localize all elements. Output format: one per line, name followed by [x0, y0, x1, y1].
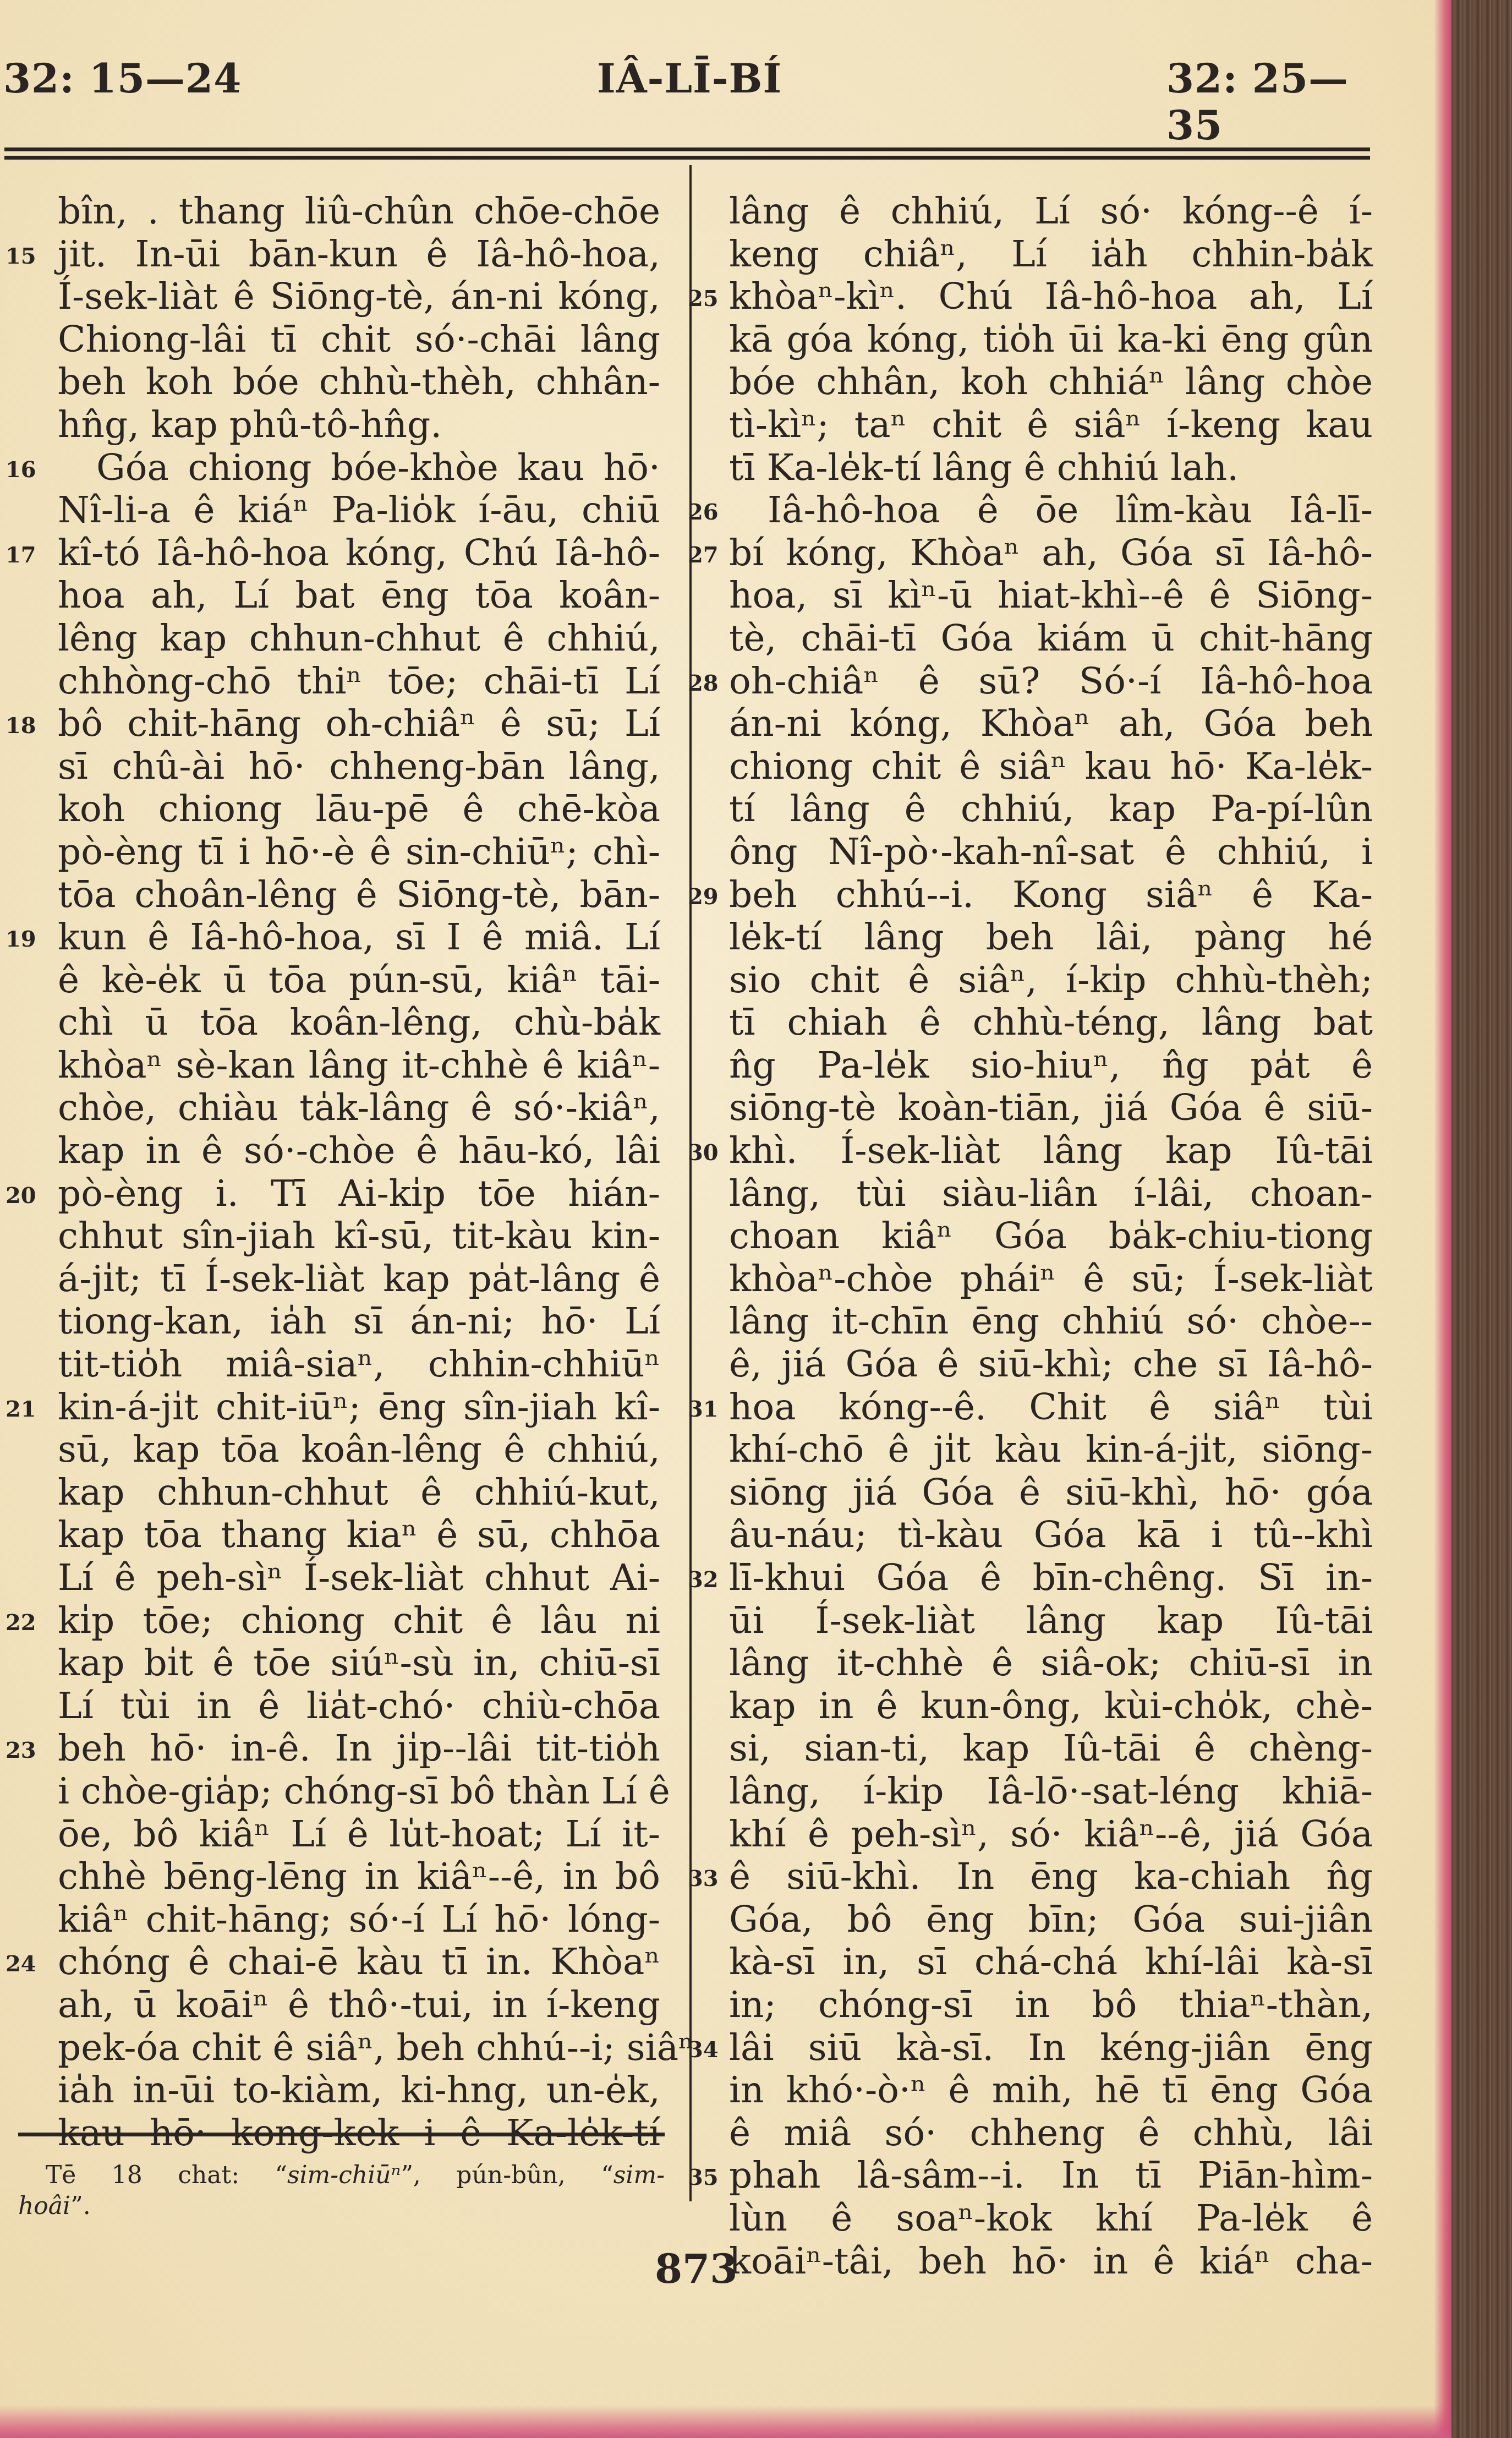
verse-text: phah lâ-sâm--i. In tī Piān-hìm- — [729, 2154, 1373, 2196]
text-line: lâng it-chīn ēng chhiú só· chòe-- — [729, 1300, 1373, 1343]
verse-text: bí kóng, Khòaⁿ ah, Góa sī Iâ-hô- — [729, 532, 1373, 574]
verse-text: á-ji̍t; tī Í-sek-liàt kap pa̍t-lâng ê — [58, 1258, 660, 1300]
verse-number: 29 — [688, 876, 719, 919]
text-line: 30khì. Í-sek-liàt lâng kap Iû-tāi — [729, 1129, 1373, 1172]
verse-text: siōng jiá Góa ê siū-khì, hō· góa — [729, 1471, 1373, 1513]
text-line: le̍k-tí lâng beh lâi, pàng hé — [729, 916, 1373, 959]
verse-text: hoa, sī kìⁿ-ū hiat-khì--ê ê Siōng- — [729, 574, 1373, 616]
text-line: pò-èng tī i hō·-è ê sin-chiūⁿ; chì- — [58, 830, 660, 873]
verse-number: 21 — [6, 1388, 36, 1431]
footnote-line: hoâi”. — [18, 2191, 665, 2222]
verse-text: choan kiâⁿ Góa ba̍k-chiu-tiong — [729, 1215, 1373, 1257]
header-left-reference: 32: 15—24 — [3, 55, 242, 102]
verse-text: ê miâ só· chheng ê chhù, lâi — [729, 2112, 1373, 2154]
header-right-reference: 32: 25—35 — [1166, 55, 1376, 149]
text-line: chiong chit ê siâⁿ kau hō· Ka-le̍k- — [729, 745, 1373, 788]
text-line: 35phah lâ-sâm--i. In tī Piān-hìm- — [729, 2154, 1373, 2197]
text-line: si, sian-ti, kap Iû-tāi ê chèng- — [729, 1727, 1373, 1770]
verse-number: 16 — [6, 449, 36, 491]
verse-text: chhè bēng-lēng in kiâⁿ--ê, in bô — [58, 1855, 660, 1898]
verse-text: ê kè-e̍k ū tōa pún-sū, kiâⁿ tāi- — [58, 959, 660, 1001]
text-line: ông Nî-pò·-kah-nî-sat ê chhiú, i — [729, 830, 1373, 873]
verse-text: beh hō· in-ê. In ji̍p--lâi tit-tio̍h — [58, 1727, 660, 1769]
verse-number: 24 — [6, 1943, 36, 1986]
verse-text: kun ê Iâ-hô-hoa, sī I ê miâ. Lí — [58, 916, 660, 958]
text-line: 31hoa kóng--ê. Chit ê siâⁿ tùi — [729, 1386, 1373, 1429]
verse-text: kap chhun-chhut ê chhiú-kut, — [58, 1471, 660, 1513]
verse-text: beh koh bóe chhù-thèh, chhân- — [58, 360, 660, 403]
text-line: ōe, bô kiâⁿ Lí ê lu̍t-hoat; Lí it- — [58, 1813, 660, 1856]
verse-number: 27 — [688, 534, 719, 577]
text-line: chhè bēng-lēng in kiâⁿ--ê, in bô — [58, 1855, 660, 1898]
verse-text: lâng, tùi siàu-liân í-lâi, choan- — [729, 1172, 1373, 1215]
text-line: kà-sī in, sī chá-chá khí-lâi kà-sī — [729, 1940, 1373, 1983]
text-line: koāiⁿ-tâi, beh hō· in ê kiáⁿ cha- — [729, 2240, 1373, 2283]
verse-text: lâi siū kà-sī. In kéng-jiân ēng — [729, 2026, 1373, 2069]
verse-text: lêng kap chhun-chhut ê chhiú, — [58, 617, 660, 659]
text-line: Chiong-lâi tī chit só·-chāi lâng — [58, 318, 660, 361]
verse-text: tōa choân-lêng ê Siōng-tè, bān- — [58, 873, 660, 916]
verse-text: khí ê peh-sìⁿ, só· kiâⁿ--ê, jiá Góa — [729, 1813, 1373, 1855]
text-line: án-ni kóng, Khòaⁿ ah, Góa beh — [729, 702, 1373, 745]
verse-text: Í-sek-liàt ê Siōng-tè, án-ni kóng, — [58, 275, 660, 318]
text-line: Lí tùi in ê lia̍t-chó· chiù-chōa — [58, 1685, 660, 1728]
verse-number: 26 — [688, 491, 719, 534]
book-spine-edge — [1451, 0, 1512, 2438]
verse-text: kap in ê só·-chòe ê hāu-kó, lâi — [58, 1129, 660, 1172]
verse-text: jit. In-ūi bān-kun ê Iâ-hô-hoa, — [58, 233, 660, 275]
verse-text: pek-óa chit ê siâⁿ, beh chhú--i; siâⁿ — [58, 2026, 694, 2069]
text-line: ê miâ só· chheng ê chhù, lâi — [729, 2112, 1373, 2155]
verse-text: si, sian-ti, kap Iû-tāi ê chèng- — [729, 1727, 1373, 1769]
text-line: 33ê siū-khì. In ēng ka-chiah n̂g — [729, 1855, 1373, 1898]
text-line: khí ê peh-sìⁿ, só· kiâⁿ--ê, jiá Góa — [729, 1813, 1373, 1856]
verse-number: 32 — [688, 1559, 719, 1601]
text-line: koh chiong lāu-pē ê chē-kòa — [58, 788, 660, 830]
verse-number: 22 — [6, 1601, 36, 1644]
text-line: 18bô chit-hāng oh-chiâⁿ ê sū; Lí — [58, 702, 660, 745]
text-line: 22ki̍p tōe; chiong chit ê lâu ni — [58, 1599, 660, 1642]
text-line: kap chhun-chhut ê chhiú-kut, — [58, 1471, 660, 1514]
verse-text: Góa, bô ēng bīn; Góa sui-jiân — [729, 1898, 1373, 1940]
text-line: lêng kap chhun-chhut ê chhiú, — [58, 617, 660, 660]
verse-text: ūi Í-sek-liàt lâng kap Iû-tāi — [729, 1599, 1373, 1642]
text-line: 19kun ê Iâ-hô-hoa, sī I ê miâ. Lí — [58, 916, 660, 959]
verse-text: kà-sī in, sī chá-chá khí-lâi kà-sī — [729, 1940, 1373, 1983]
footnote-text: Tē 18 chat: “ — [46, 2161, 287, 2189]
text-line: beh koh bóe chhù-thèh, chhân- — [58, 360, 660, 403]
verse-text: keng chiâⁿ, Lí ia̍h chhin-ba̍k — [729, 233, 1373, 275]
verse-text: sio chit ê siâⁿ, í-ki̍p chhù-thèh; — [729, 959, 1373, 1001]
text-line: 32lī-khui Góa ê bīn-chêng. Sī in- — [729, 1556, 1373, 1599]
verse-text: oh-chiâⁿ ê sū? Só·-í Iâ-hô-hoa — [729, 660, 1373, 702]
text-line: 24chóng ê chai-ē kàu tī in. Khòaⁿ — [58, 1940, 660, 1983]
verse-text: siōng-tè koàn-tiān, jiá Góa ê siū- — [729, 1086, 1373, 1129]
verse-text: Lí ê peh-sìⁿ Í-sek-liàt chhut Ai- — [58, 1556, 660, 1599]
right-text-column: lâng ê chhiú, Lí só· kóng--ê í-keng chiâ… — [729, 190, 1373, 2282]
text-line: kap in ê kun-ông, kùi-cho̍k, chè- — [729, 1685, 1373, 1728]
text-line: siōng jiá Góa ê siū-khì, hō· góa — [729, 1471, 1373, 1514]
text-line: chòe, chiàu ta̍k-lâng ê só·-kiâⁿ, — [58, 1086, 660, 1129]
verse-text: ōe, bô kiâⁿ Lí ê lu̍t-hoat; Lí it- — [58, 1813, 660, 1855]
verse-text: hoa ah, Lí bat ēng tōa koân- — [58, 574, 660, 616]
verse-text: tì-kìⁿ; taⁿ chit ê siâⁿ í-keng kau — [729, 403, 1373, 446]
verse-text: khòaⁿ-kìⁿ. Chú Iâ-hô-hoa ah, Lí — [729, 275, 1373, 318]
text-line: khòaⁿ sè-kan lâng it-chhè ê kiâⁿ- — [58, 1044, 660, 1087]
verse-text: khì. Í-sek-liàt lâng kap Iû-tāi — [729, 1129, 1373, 1172]
verse-text: i chòe-gia̍p; chóng-sī bô thàn Lí ê — [58, 1770, 670, 1812]
text-line: tè, chāi-tī Góa kiám ū chit-hāng — [729, 617, 1373, 660]
verse-number: 23 — [6, 1729, 36, 1772]
verse-text: tit-tio̍h miâ-siaⁿ, chhin-chhiūⁿ — [58, 1343, 660, 1385]
verse-text: in khó·-ò·ⁿ ê mih, hē tī ēng Góa — [729, 2069, 1373, 2111]
text-line: á-ji̍t; tī Í-sek-liàt kap pa̍t-lâng ê — [58, 1258, 660, 1300]
verse-text: chhut sîn-jiah kî-sū, tit-kàu kin- — [58, 1215, 660, 1257]
verse-text: Góa chiong bóe-khòe kau hō· — [96, 446, 660, 489]
text-line: 23beh hō· in-ê. In ji̍p--lâi tit-tio̍h — [58, 1727, 660, 1770]
text-line: 21kin-á-ji̍t chit-iūⁿ; ēng sîn-jiah kî- — [58, 1386, 660, 1429]
verse-number: 18 — [6, 704, 36, 747]
verse-text: sū, kap tōa koân-lêng ê chhiú, — [58, 1428, 660, 1471]
verse-text: ê, jiá Góa ê siū-khì; che sī Iâ-hô- — [729, 1343, 1373, 1385]
verse-text: hn̂g, kap phû-tô-hn̂g. — [58, 403, 442, 446]
text-line: kap bi̍t ê tōe siúⁿ-sù in, chiū-sī — [58, 1642, 660, 1685]
text-line: Góa, bô ēng bīn; Góa sui-jiân — [729, 1898, 1373, 1941]
text-line: 34lâi siū kà-sī. In kéng-jiân ēng — [729, 2026, 1373, 2069]
verse-text: kap bi̍t ê tōe siúⁿ-sù in, chiū-sī — [58, 1642, 660, 1684]
text-line: 26Iâ-hô-hoa ê ōe lîm-kàu Iâ-lī- — [729, 489, 1373, 532]
text-line: sī chû-ài hō· chheng-bān lâng, — [58, 745, 660, 788]
verse-text: khòaⁿ sè-kan lâng it-chhè ê kiâⁿ- — [58, 1044, 660, 1086]
verse-text: lâng ê chhiú, Lí só· kóng--ê í- — [729, 190, 1373, 232]
verse-text: khí-chō ê ji̍t kàu kin-á-ji̍t, siōng- — [729, 1428, 1373, 1471]
text-line: sio chit ê siâⁿ, í-ki̍p chhù-thèh; — [729, 959, 1373, 1002]
text-line: in; chóng-sī in bô thiaⁿ-thàn, — [729, 1983, 1373, 2026]
footnote-italic-term: sim- — [613, 2161, 665, 2189]
red-bottom-edge — [0, 2405, 1453, 2438]
verse-text: ia̍h in-ūi to-kiàm, ki-hng, un-e̍k, — [58, 2069, 660, 2111]
text-line: choan kiâⁿ Góa ba̍k-chiu-tiong — [729, 1215, 1373, 1258]
text-line: âu-náu; tì-kàu Góa kā i tû--khì — [729, 1513, 1373, 1556]
left-text-column: bîn, . thang liû-chûn chōe-chōe15jit. In… — [58, 190, 660, 2154]
footnote-italic-term: sim-chiūⁿ — [287, 2161, 401, 2189]
verse-text: chì ū tōa koân-lêng, chù-ba̍k — [58, 1001, 660, 1043]
text-line: sū, kap tōa koân-lêng ê chhiú, — [58, 1428, 660, 1471]
text-line: bîn, . thang liû-chûn chōe-chōe — [58, 190, 660, 233]
verse-text: tiong-kan, ia̍h sī án-ni; hō· Lí — [58, 1300, 660, 1342]
verse-number: 34 — [688, 2029, 719, 2071]
verse-number: 20 — [6, 1174, 36, 1217]
verse-text: n̂g Pa-le̍k sio-hiuⁿ, n̂g pa̍t ê — [729, 1044, 1373, 1086]
text-line: bóe chhân, koh chhiáⁿ lâng chòe — [729, 360, 1373, 403]
text-line: 16Góa chiong bóe-khòe kau hō· — [58, 446, 660, 489]
verse-text: Iâ-hô-hoa ê ōe lîm-kàu Iâ-lī- — [768, 489, 1373, 531]
verse-text: bóe chhân, koh chhiáⁿ lâng chòe — [729, 360, 1373, 403]
text-line: tiong-kan, ia̍h sī án-ni; hō· Lí — [58, 1300, 660, 1343]
text-line: Nî-li-a ê kiáⁿ Pa-lio̍k í-āu, chiū — [58, 489, 660, 532]
verse-text: sī chû-ài hō· chheng-bān lâng, — [58, 745, 660, 788]
footnote-italic-term: hoâi — [18, 2192, 70, 2220]
verse-text: hoa kóng--ê. Chit ê siâⁿ tùi — [729, 1386, 1373, 1428]
text-line: keng chiâⁿ, Lí ia̍h chhin-ba̍k — [729, 233, 1373, 276]
footnote: Tē 18 chat: “sim-chiūⁿ”, pún-bûn, “sim- … — [18, 2160, 665, 2222]
verse-text: kin-á-ji̍t chit-iūⁿ; ēng sîn-jiah kî- — [58, 1386, 660, 1428]
verse-text: in; chóng-sī in bô thiaⁿ-thàn, — [729, 1983, 1373, 2026]
text-line: siōng-tè koàn-tiān, jiá Góa ê siū- — [729, 1086, 1373, 1129]
text-line: tì-kìⁿ; taⁿ chit ê siâⁿ í-keng kau — [729, 403, 1373, 446]
verse-text: kap tōa thang kiaⁿ ê sū, chhōa — [58, 1513, 660, 1556]
verse-text: tī Ka-le̍k-tí lâng ê chhiú lah. — [729, 446, 1239, 489]
text-line: kiâⁿ chit-hāng; só·-í Lí hō· lóng- — [58, 1898, 660, 1941]
verse-text: Chiong-lâi tī chit só·-chāi lâng — [58, 318, 660, 360]
verse-text: bô chit-hāng oh-chiâⁿ ê sū; Lí — [58, 702, 660, 745]
verse-number: 28 — [688, 662, 719, 705]
verse-text: lâng, í-ki̍p Iâ-lō·-sat-léng khiā- — [729, 1770, 1373, 1812]
text-line: hn̂g, kap phû-tô-hn̂g. — [58, 403, 660, 446]
text-line: Lí ê peh-sìⁿ Í-sek-liàt chhut Ai- — [58, 1556, 660, 1599]
verse-text: âu-náu; tì-kàu Góa kā i tû--khì — [729, 1513, 1373, 1556]
text-line: ūi Í-sek-liàt lâng kap Iû-tāi — [729, 1599, 1373, 1642]
text-line: ia̍h in-ūi to-kiàm, ki-hng, un-e̍k, — [58, 2069, 660, 2112]
text-line: lâng it-chhè ê siâ-ok; chiū-sī in — [729, 1642, 1373, 1685]
text-line: ê kè-e̍k ū tōa pún-sū, kiâⁿ tāi- — [58, 959, 660, 1002]
verse-text: lâng it-chīn ēng chhiú só· chòe-- — [729, 1300, 1373, 1342]
book-title: IÂ-LĪ-BÍ — [597, 55, 782, 102]
verse-text: chhòng-chō thiⁿ tōe; chāi-tī Lí — [58, 660, 660, 702]
header-double-rule — [4, 147, 1370, 160]
verse-text: lī-khui Góa ê bīn-chêng. Sī in- — [729, 1556, 1373, 1599]
text-line: 28oh-chiâⁿ ê sū? Só·-í Iâ-hô-hoa — [729, 660, 1373, 703]
text-line: kā góa kóng, tio̍h ūi ka-ki ēng gûn — [729, 318, 1373, 361]
text-line: 17kî-tó Iâ-hô-hoa kóng, Chú Iâ-hô- — [58, 532, 660, 575]
verse-text: beh chhú--i. Kong siâⁿ ê Ka- — [729, 873, 1373, 916]
text-line: tī chiah ê chhù-téng, lâng bat — [729, 1001, 1373, 1044]
text-line: ah, ū koāiⁿ ê thô·-tui, in í-keng — [58, 1983, 660, 2026]
verse-number: 25 — [688, 277, 719, 320]
footnote-rule — [18, 2133, 665, 2136]
text-line: n̂g Pa-le̍k sio-hiuⁿ, n̂g pa̍t ê — [729, 1044, 1373, 1087]
verse-number: 30 — [688, 1131, 719, 1174]
text-line: lùn ê soaⁿ-kok khí Pa-le̍k ê — [729, 2197, 1373, 2240]
verse-text: chòe, chiàu ta̍k-lâng ê só·-kiâⁿ, — [58, 1086, 660, 1129]
running-header: 32: 15—24 IÂ-LĪ-BÍ 32: 25—35 — [0, 55, 1376, 116]
verse-text: koāiⁿ-tâi, beh hō· in ê kiáⁿ cha- — [729, 2240, 1373, 2282]
verse-text: chiong chit ê siâⁿ kau hō· Ka-le̍k- — [729, 745, 1373, 788]
text-line: 27bí kóng, Khòaⁿ ah, Góa sī Iâ-hô- — [729, 532, 1373, 575]
text-line: chì ū tōa koân-lêng, chù-ba̍k — [58, 1001, 660, 1044]
verse-text: ông Nî-pò·-kah-nî-sat ê chhiú, i — [729, 830, 1373, 873]
page-number: 873 — [655, 2245, 737, 2292]
text-line: tí lâng ê chhiú, kap Pa-pí-lûn — [729, 788, 1373, 830]
verse-text: kā góa kóng, tio̍h ūi ka-ki ēng gûn — [729, 318, 1373, 360]
text-line: lâng, í-ki̍p Iâ-lō·-sat-léng khiā- — [729, 1770, 1373, 1813]
text-line: chhut sîn-jiah kî-sū, tit-kàu kin- — [58, 1215, 660, 1258]
text-line: in khó·-ò·ⁿ ê mih, hē tī ēng Góa — [729, 2069, 1373, 2112]
verse-text: ê siū-khì. In ēng ka-chiah n̂g — [729, 1855, 1373, 1898]
verse-text: chóng ê chai-ē kàu tī in. Khòaⁿ — [58, 1940, 660, 1983]
verse-text: tí lâng ê chhiú, kap Pa-pí-lûn — [729, 788, 1373, 830]
text-line: tōa choân-lêng ê Siōng-tè, bān- — [58, 873, 660, 916]
text-line: lâng, tùi siàu-liân í-lâi, choan- — [729, 1172, 1373, 1215]
verse-text: bîn, . thang liû-chûn chōe-chōe — [58, 190, 660, 232]
text-line: khòaⁿ-chòe pháiⁿ ê sū; Í-sek-liàt — [729, 1258, 1373, 1300]
verse-number: 33 — [688, 1857, 719, 1900]
text-line: lâng ê chhiú, Lí só· kóng--ê í- — [729, 190, 1373, 233]
verse-number: 15 — [6, 235, 36, 278]
text-line: kap tōa thang kiaⁿ ê sū, chhōa — [58, 1513, 660, 1556]
verse-text: tī chiah ê chhù-téng, lâng bat — [729, 1001, 1373, 1043]
verse-number: 17 — [6, 534, 36, 577]
verse-text: pò-èng tī i hō·-è ê sin-chiūⁿ; chì- — [58, 830, 660, 873]
text-line: 20pò-èng i. Tī Ai-ki̍p tōe hián- — [58, 1172, 660, 1215]
text-line: pek-óa chit ê siâⁿ, beh chhú--i; siâⁿ — [58, 2026, 660, 2069]
verse-text: ah, ū koāiⁿ ê thô·-tui, in í-keng — [58, 1983, 660, 2026]
footnote-line: Tē 18 chat: “sim-chiūⁿ”, pún-bûn, “sim- — [18, 2160, 665, 2191]
text-line: chhòng-chō thiⁿ tōe; chāi-tī Lí — [58, 660, 660, 703]
text-line: khí-chō ê ji̍t kàu kin-á-ji̍t, siōng- — [729, 1428, 1373, 1471]
verse-text: lâng it-chhè ê siâ-ok; chiū-sī in — [729, 1642, 1373, 1684]
text-line: 29beh chhú--i. Kong siâⁿ ê Ka- — [729, 873, 1373, 916]
text-line: Í-sek-liàt ê Siōng-tè, án-ni kóng, — [58, 275, 660, 318]
text-line: i chòe-gia̍p; chóng-sī bô thàn Lí ê — [58, 1770, 660, 1813]
verse-text: koh chiong lāu-pē ê chē-kòa — [58, 788, 660, 830]
verse-text: kap in ê kun-ông, kùi-cho̍k, chè- — [729, 1685, 1373, 1727]
text-line: ê, jiá Góa ê siū-khì; che sī Iâ-hô- — [729, 1343, 1373, 1386]
verse-text: pò-èng i. Tī Ai-ki̍p tōe hián- — [58, 1172, 660, 1215]
verse-text: le̍k-tí lâng beh lâi, pàng hé — [729, 916, 1373, 958]
verse-text: Lí tùi in ê lia̍t-chó· chiù-chōa — [58, 1685, 660, 1727]
text-line: tit-tio̍h miâ-siaⁿ, chhin-chhiūⁿ — [58, 1343, 660, 1386]
footnote-text: ”, pún-bûn, “ — [401, 2161, 613, 2189]
verse-text: kiâⁿ chit-hāng; só·-í Lí hō· lóng- — [58, 1898, 660, 1940]
text-line: 25khòaⁿ-kìⁿ. Chú Iâ-hô-hoa ah, Lí — [729, 275, 1373, 318]
text-line: hoa ah, Lí bat ēng tōa koân- — [58, 574, 660, 617]
verse-text: Nî-li-a ê kiáⁿ Pa-lio̍k í-āu, chiū — [58, 489, 660, 531]
verse-text: khòaⁿ-chòe pháiⁿ ê sū; Í-sek-liàt — [729, 1258, 1373, 1300]
footnote-text: ”. — [70, 2192, 90, 2220]
text-line: kap in ê só·-chòe ê hāu-kó, lâi — [58, 1129, 660, 1172]
verse-text: kî-tó Iâ-hô-hoa kóng, Chú Iâ-hô- — [58, 532, 660, 574]
verse-number: 35 — [688, 2156, 719, 2199]
text-line: tī Ka-le̍k-tí lâng ê chhiú lah. — [729, 446, 1373, 489]
text-line: hoa, sī kìⁿ-ū hiat-khì--ê ê Siōng- — [729, 574, 1373, 617]
verse-text: ki̍p tōe; chiong chit ê lâu ni — [58, 1599, 660, 1642]
text-line: 15jit. In-ūi bān-kun ê Iâ-hô-hoa, — [58, 233, 660, 276]
verse-number: 31 — [688, 1388, 719, 1431]
verse-text: án-ni kóng, Khòaⁿ ah, Góa beh — [729, 702, 1373, 745]
red-page-edge — [1434, 0, 1453, 2438]
verse-text: lùn ê soaⁿ-kok khí Pa-le̍k ê — [729, 2197, 1373, 2239]
verse-number: 19 — [6, 918, 36, 961]
verse-text: tè, chāi-tī Góa kiám ū chit-hāng — [729, 617, 1373, 659]
